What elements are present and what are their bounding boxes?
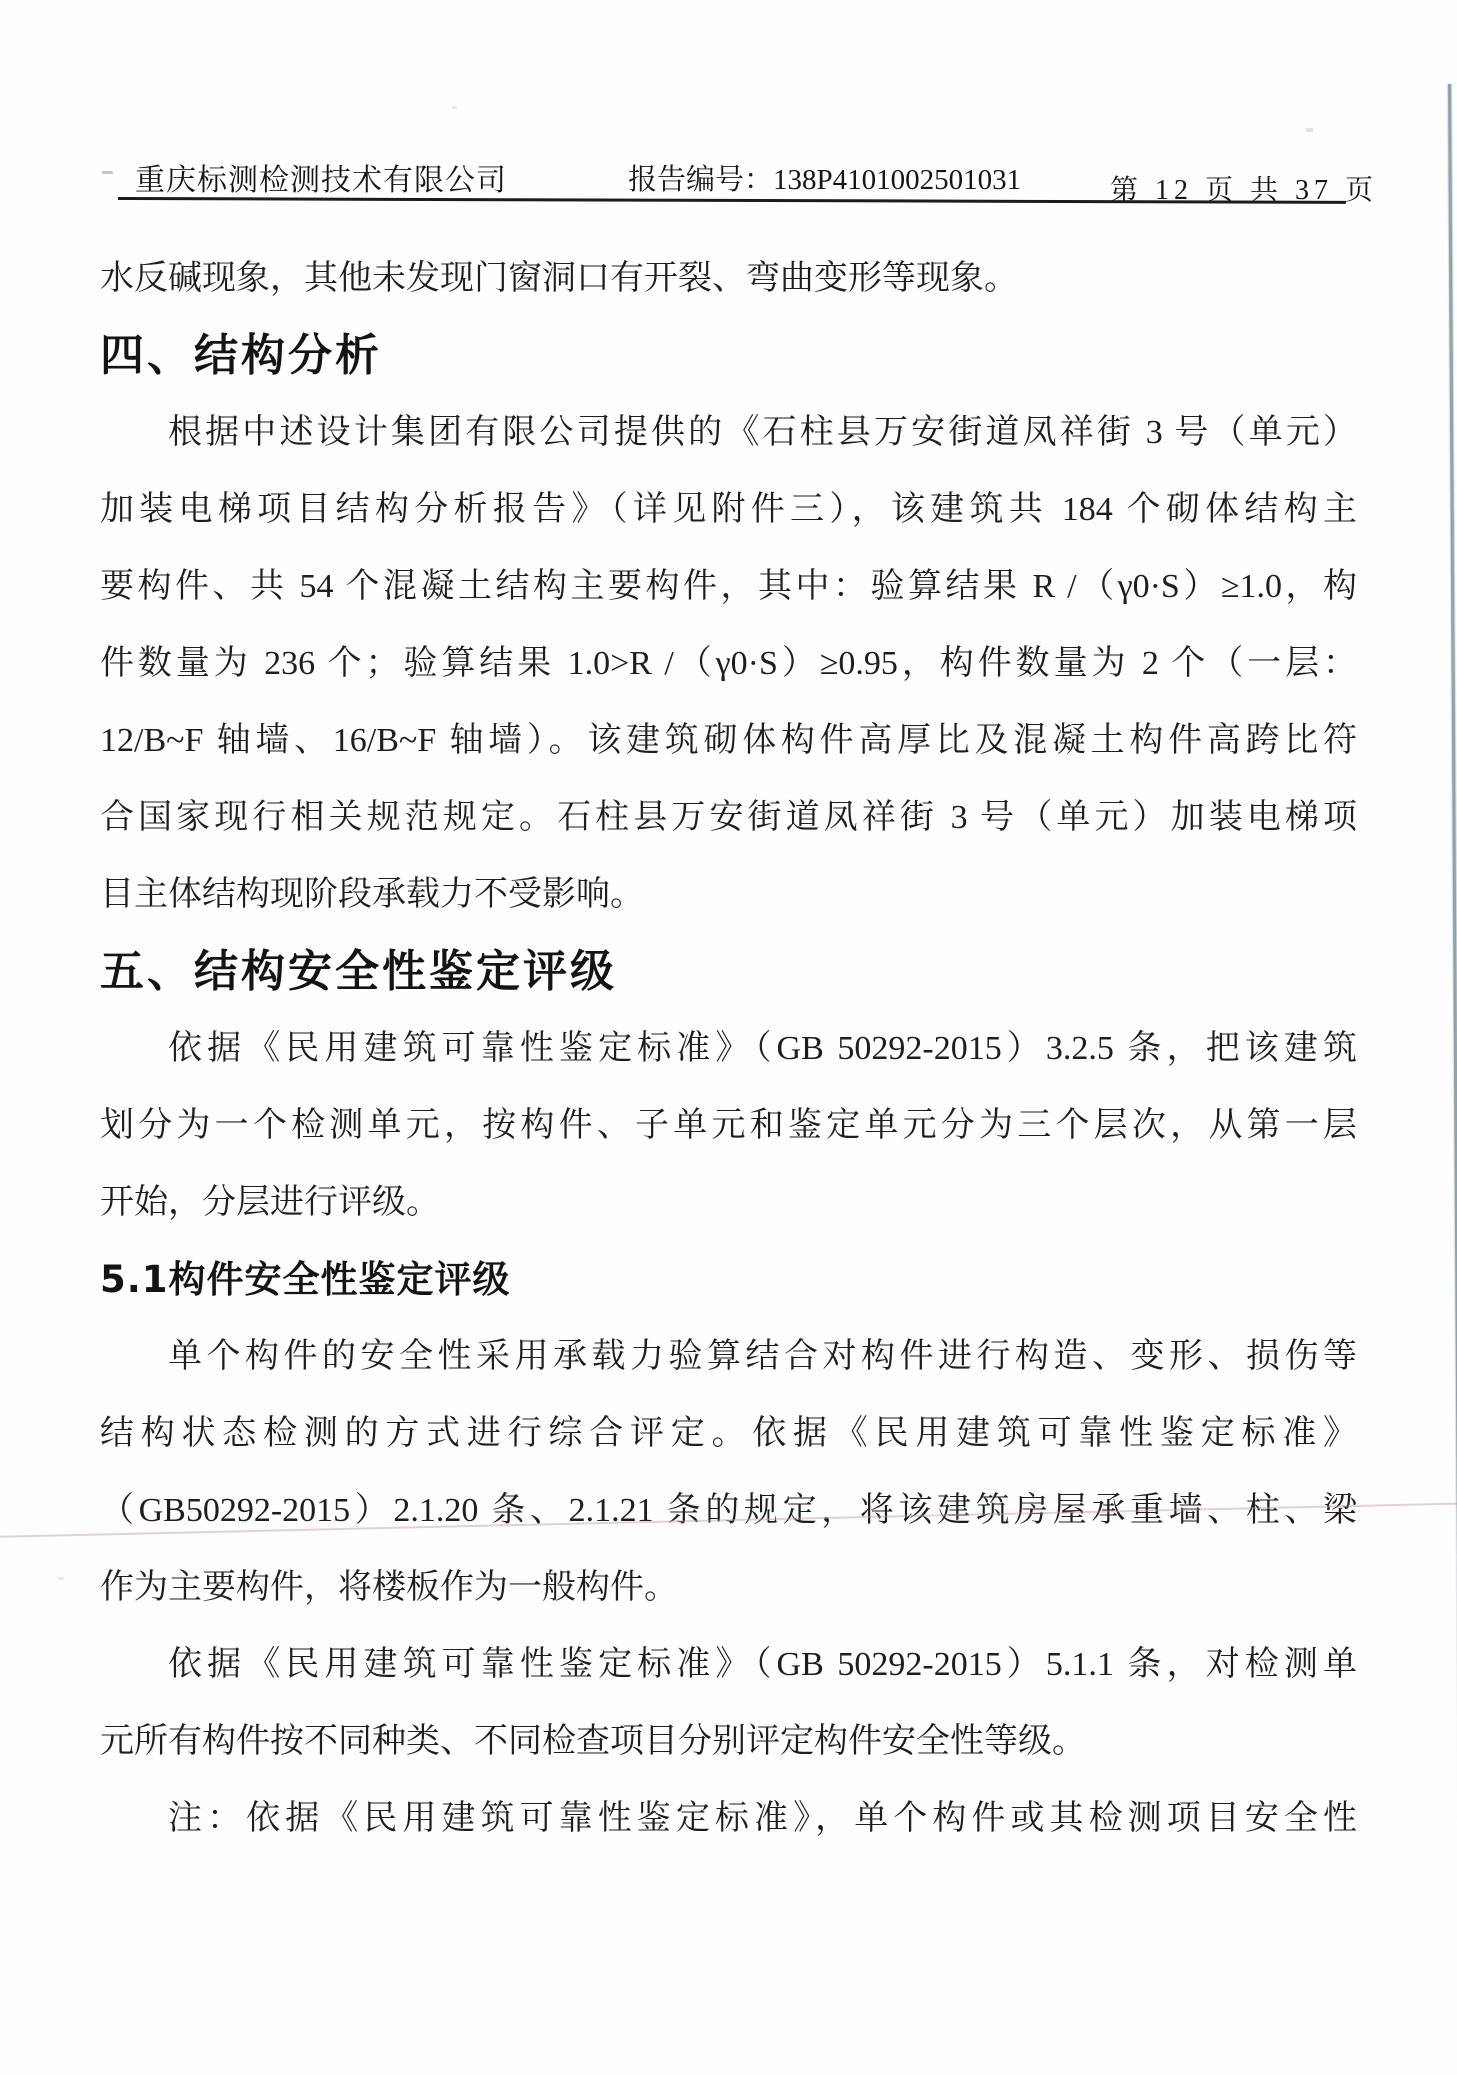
text-line: 件数量为 236 个；验算结果 1.0>R /（γ0·S）≥0.95，构件数量为…	[100, 625, 1357, 702]
page-edge-scan-line	[1448, 84, 1457, 2075]
text-line: 水反碱现象，其他未发现门窗洞口有开裂、弯曲变形等现象。	[100, 240, 1357, 317]
text-line: 注：依据《民用建筑可靠性鉴定标准》，单个构件或其检测项目安全性	[100, 1780, 1357, 1857]
scan-speck-artifact	[1306, 128, 1313, 132]
report-number-value: 138P4101002501031	[773, 164, 1021, 196]
text-line: 根据中述设计集团有限公司提供的《石柱县万安街道凤祥街 3 号（单元）	[100, 394, 1357, 471]
text-line: 要构件、共 54 个混凝土结构主要构件，其中：验算结果 R /（γ0·S）≥1.…	[100, 548, 1357, 625]
scan-speck-artifact	[58, 1577, 64, 1580]
header-report-number: 报告编号：138P4101002501031	[628, 157, 1021, 198]
subsection-heading-5-1: 5.1构件安全性鉴定评级	[100, 1241, 1357, 1318]
text-line: 依据《民用建筑可靠性鉴定标准》（GB 50292-2015）5.1.1 条，对检…	[100, 1626, 1357, 1703]
text-line: 作为主要构件，将楼板作为一般构件。	[100, 1549, 1357, 1626]
header-company-name: 重庆标测检测技术有限公司	[135, 155, 507, 199]
scan-speck-artifact	[102, 171, 113, 174]
scan-speck-artifact	[452, 106, 457, 109]
text-line: 目主体结构现阶段承载力不受影响。	[100, 856, 1357, 933]
text-line: 12/B~F 轴墙、16/B~F 轴墙）。该建筑砌体构件高厚比及混凝土构件高跨比…	[100, 702, 1357, 779]
scanned-report-page: 重庆标测检测技术有限公司 报告编号：138P4101002501031 第 12…	[0, 0, 1457, 2075]
section-heading-5: 五、结构安全性鉴定评级	[100, 933, 1357, 1010]
text-line: 依据《民用建筑可靠性鉴定标准》（GB 50292-2015）3.2.5 条，把该…	[100, 1010, 1357, 1087]
text-line: 划分为一个检测单元，按构件、子单元和鉴定单元分为三个层次，从第一层	[100, 1087, 1357, 1164]
text-line: 开始，分层进行评级。	[100, 1164, 1357, 1241]
text-line: 元所有构件按不同种类、不同检查项目分别评定构件安全性等级。	[100, 1703, 1357, 1780]
text-line: 单个构件的安全性采用承载力验算结合对构件进行构造、变形、损伤等	[100, 1318, 1357, 1395]
report-number-label: 报告编号：	[628, 164, 773, 196]
text-line: 结构状态检测的方式进行综合评定。依据《民用建筑可靠性鉴定标准》	[100, 1395, 1357, 1472]
text-line: 加装电梯项目结构分析报告》（详见附件三），该建筑共 184 个砌体结构主	[100, 471, 1357, 548]
text-line: 合国家现行相关规范规定。石柱县万安街道凤祥街 3 号（单元）加装电梯项	[100, 779, 1357, 856]
section-heading-4: 四、结构分析	[100, 317, 1357, 394]
document-body: 水反碱现象，其他未发现门窗洞口有开裂、弯曲变形等现象。 四、结构分析 根据中述设…	[100, 240, 1357, 1857]
